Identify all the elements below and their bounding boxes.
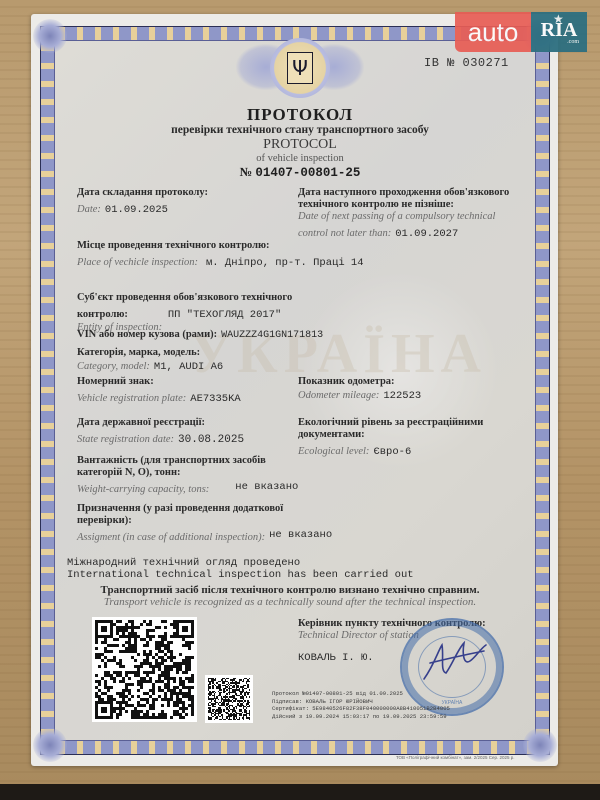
plate-value: AE7335KA: [190, 393, 240, 405]
sig-line-certificate: Сертифікат: 5E9840526F82F38F040000000A8B…: [272, 705, 450, 713]
star-icon: ★: [553, 12, 564, 26]
printer-footer-note: ТОВ «Поліграфічний комбінат», зам. 2/202…: [396, 755, 515, 760]
entity-value: ПП "ТЕХОГЛЯД 2017": [168, 309, 281, 321]
odometer-label-en: Odometer mileage:: [298, 390, 379, 401]
protocol-number-value: 01407-00801-25: [255, 166, 360, 180]
qr-finder-icon: [95, 620, 113, 638]
logo-auto-part: auto: [455, 12, 531, 52]
place-value: м. Дніпро, пр-т. Праці 14: [206, 257, 364, 269]
conclusion: Транспортний засіб після технічного конт…: [0, 584, 580, 608]
serial-label: IB №: [424, 56, 455, 70]
next-date-label-ua-2: технічного контролю не пізніше:: [298, 199, 509, 211]
vin-value: WAUZZZ4G1GN171813: [221, 330, 323, 341]
capacity-label-ua-2: категорій N, O), тонн:: [77, 467, 298, 479]
international-line-en: International technical inspection has b…: [67, 569, 414, 581]
logo-ria-part: ★ RIA .com: [531, 12, 587, 52]
next-date-label-en-1: Date of next passing of a compulsory tec…: [298, 211, 509, 223]
field-place: Місце проведення технічного контролю: Pl…: [77, 240, 364, 270]
serial-value: 030271: [463, 56, 509, 70]
capacity-label-en: Weight-carrying capacity, tons:: [77, 484, 209, 495]
field-next-inspection-date: Дата наступного проходження обов'язковог…: [298, 187, 509, 241]
sig-line-protocol: Протокол №01407-00801-25 від 01.09.2025: [272, 690, 450, 698]
state-emblem: Ψ: [270, 38, 330, 98]
document-subtitle-en: of vehicle inspection: [0, 153, 600, 164]
next-date-label-en-2: control not later than:: [298, 228, 391, 239]
table-edge-shadow: [0, 784, 600, 800]
reg-date-label-en: State registration date:: [77, 434, 174, 445]
assignment-value: не вказано: [269, 529, 332, 541]
corner-ornament-icon: [33, 728, 67, 762]
entity-label-ua-1: Суб'єкт проведення обов'язкового технічн…: [77, 292, 292, 304]
autoria-watermark-logo: auto ★ RIA .com: [455, 12, 587, 52]
field-ecological-level: Екологічний рівень за реєстраційними док…: [298, 417, 483, 459]
assignment-label-en: Assigment (in case of additional inspect…: [77, 532, 265, 543]
plate-label-en: Vehicle registration plate:: [77, 393, 186, 404]
conclusion-ua: Транспортний засіб після технічного конт…: [0, 584, 580, 596]
vin-label: VIN або номер кузова (рами):: [77, 329, 217, 340]
sig-line-signer: Підписав: КОВАЛЬ ІГОР ЮРІЙОВИЧ: [272, 698, 450, 706]
assignment-label-ua-1: Призначення (у разі проведення додатково…: [77, 503, 332, 515]
eco-label-ua-2: документами:: [298, 429, 483, 441]
entity-label-ua-2: контролю:: [77, 309, 128, 320]
conclusion-en: Transport vehicle is recognized as a tec…: [0, 596, 580, 608]
reg-date-value: 30.08.2025: [178, 434, 244, 446]
field-date: Дата складання протоколу: Date: 01.09.20…: [77, 187, 208, 217]
category-value: M1, AUDI A6: [154, 361, 223, 373]
capacity-value: не вказано: [235, 481, 298, 493]
handwritten-signature-icon: [420, 635, 490, 685]
international-inspection-note: Міжнародний технічний огляд проведено In…: [67, 557, 414, 581]
corner-ornament-icon: [33, 19, 67, 53]
number-symbol: №: [240, 165, 253, 179]
sig-line-validity: Дійсний з 19.09.2024 15:03:17 по 19.09.2…: [272, 713, 450, 721]
trident-icon: Ψ: [292, 58, 308, 78]
date-value: 01.09.2025: [105, 204, 168, 216]
eco-value: Євро-6: [373, 446, 411, 458]
date-label-en: Date:: [77, 204, 101, 215]
logo-domain: .com: [567, 39, 579, 45]
document-title-en: PROTOCOL: [0, 137, 600, 153]
eco-label-ua-1: Екологічний рівень за реєстраційними: [298, 417, 483, 429]
document-subtitle-ua: перевірки технічного стану транспортного…: [0, 124, 600, 136]
corner-ornament-icon: [523, 728, 557, 762]
next-date-label-ua-1: Дата наступного проходження обов'язковог…: [298, 187, 509, 199]
eco-label-en: Ecological level:: [298, 446, 369, 457]
reg-date-label-ua: Дата державної реєстрації:: [77, 417, 244, 429]
qr-finder-icon: [95, 701, 113, 719]
qr-finder-icon: [176, 620, 194, 638]
field-category: Категорія, марка, модель: Category, mode…: [77, 347, 223, 374]
plate-label-ua: Номерний знак:: [77, 376, 241, 388]
document-title-ua: ПРОТОКОЛ: [0, 105, 600, 125]
field-plate: Номерний знак: Vehicle registration plat…: [77, 376, 241, 406]
emblem-frame: Ψ: [287, 52, 313, 84]
place-label-ua: Місце проведення технічного контролю:: [77, 240, 364, 252]
international-line-ua: Міжнародний технічний огляд проведено: [67, 557, 414, 569]
category-label-en: Category, model:: [77, 361, 150, 372]
assignment-label-ua-2: перевірки):: [77, 515, 332, 527]
field-odometer: Показник одометра: Odometer mileage: 122…: [298, 376, 421, 403]
digital-signature-info: Протокол №01407-00801-25 від 01.09.2025 …: [272, 690, 450, 720]
datamatrix-code: [205, 675, 253, 723]
odometer-value: 122523: [383, 390, 421, 402]
form-serial-number: IB № 030271: [424, 56, 509, 70]
field-weight-capacity: Вантажність (для транспортних засобів ка…: [77, 455, 298, 497]
field-vin: VIN або номер кузова (рами): WAUZZZ4G1GN…: [77, 324, 323, 342]
next-date-value: 01.09.2027: [395, 228, 458, 240]
protocol-number: № 01407-00801-25: [0, 165, 600, 180]
place-label-en: Place of vechicle inspection:: [77, 257, 198, 268]
datamatrix-modules: [208, 678, 250, 720]
capacity-label-ua-1: Вантажність (для транспортних засобів: [77, 455, 298, 467]
field-registration-date: Дата державної реєстрації: State registr…: [77, 417, 244, 447]
qr-code-large: [92, 617, 197, 722]
field-assignment: Призначення (у разі проведення додатково…: [77, 503, 332, 545]
date-label-ua: Дата складання протоколу:: [77, 187, 208, 199]
